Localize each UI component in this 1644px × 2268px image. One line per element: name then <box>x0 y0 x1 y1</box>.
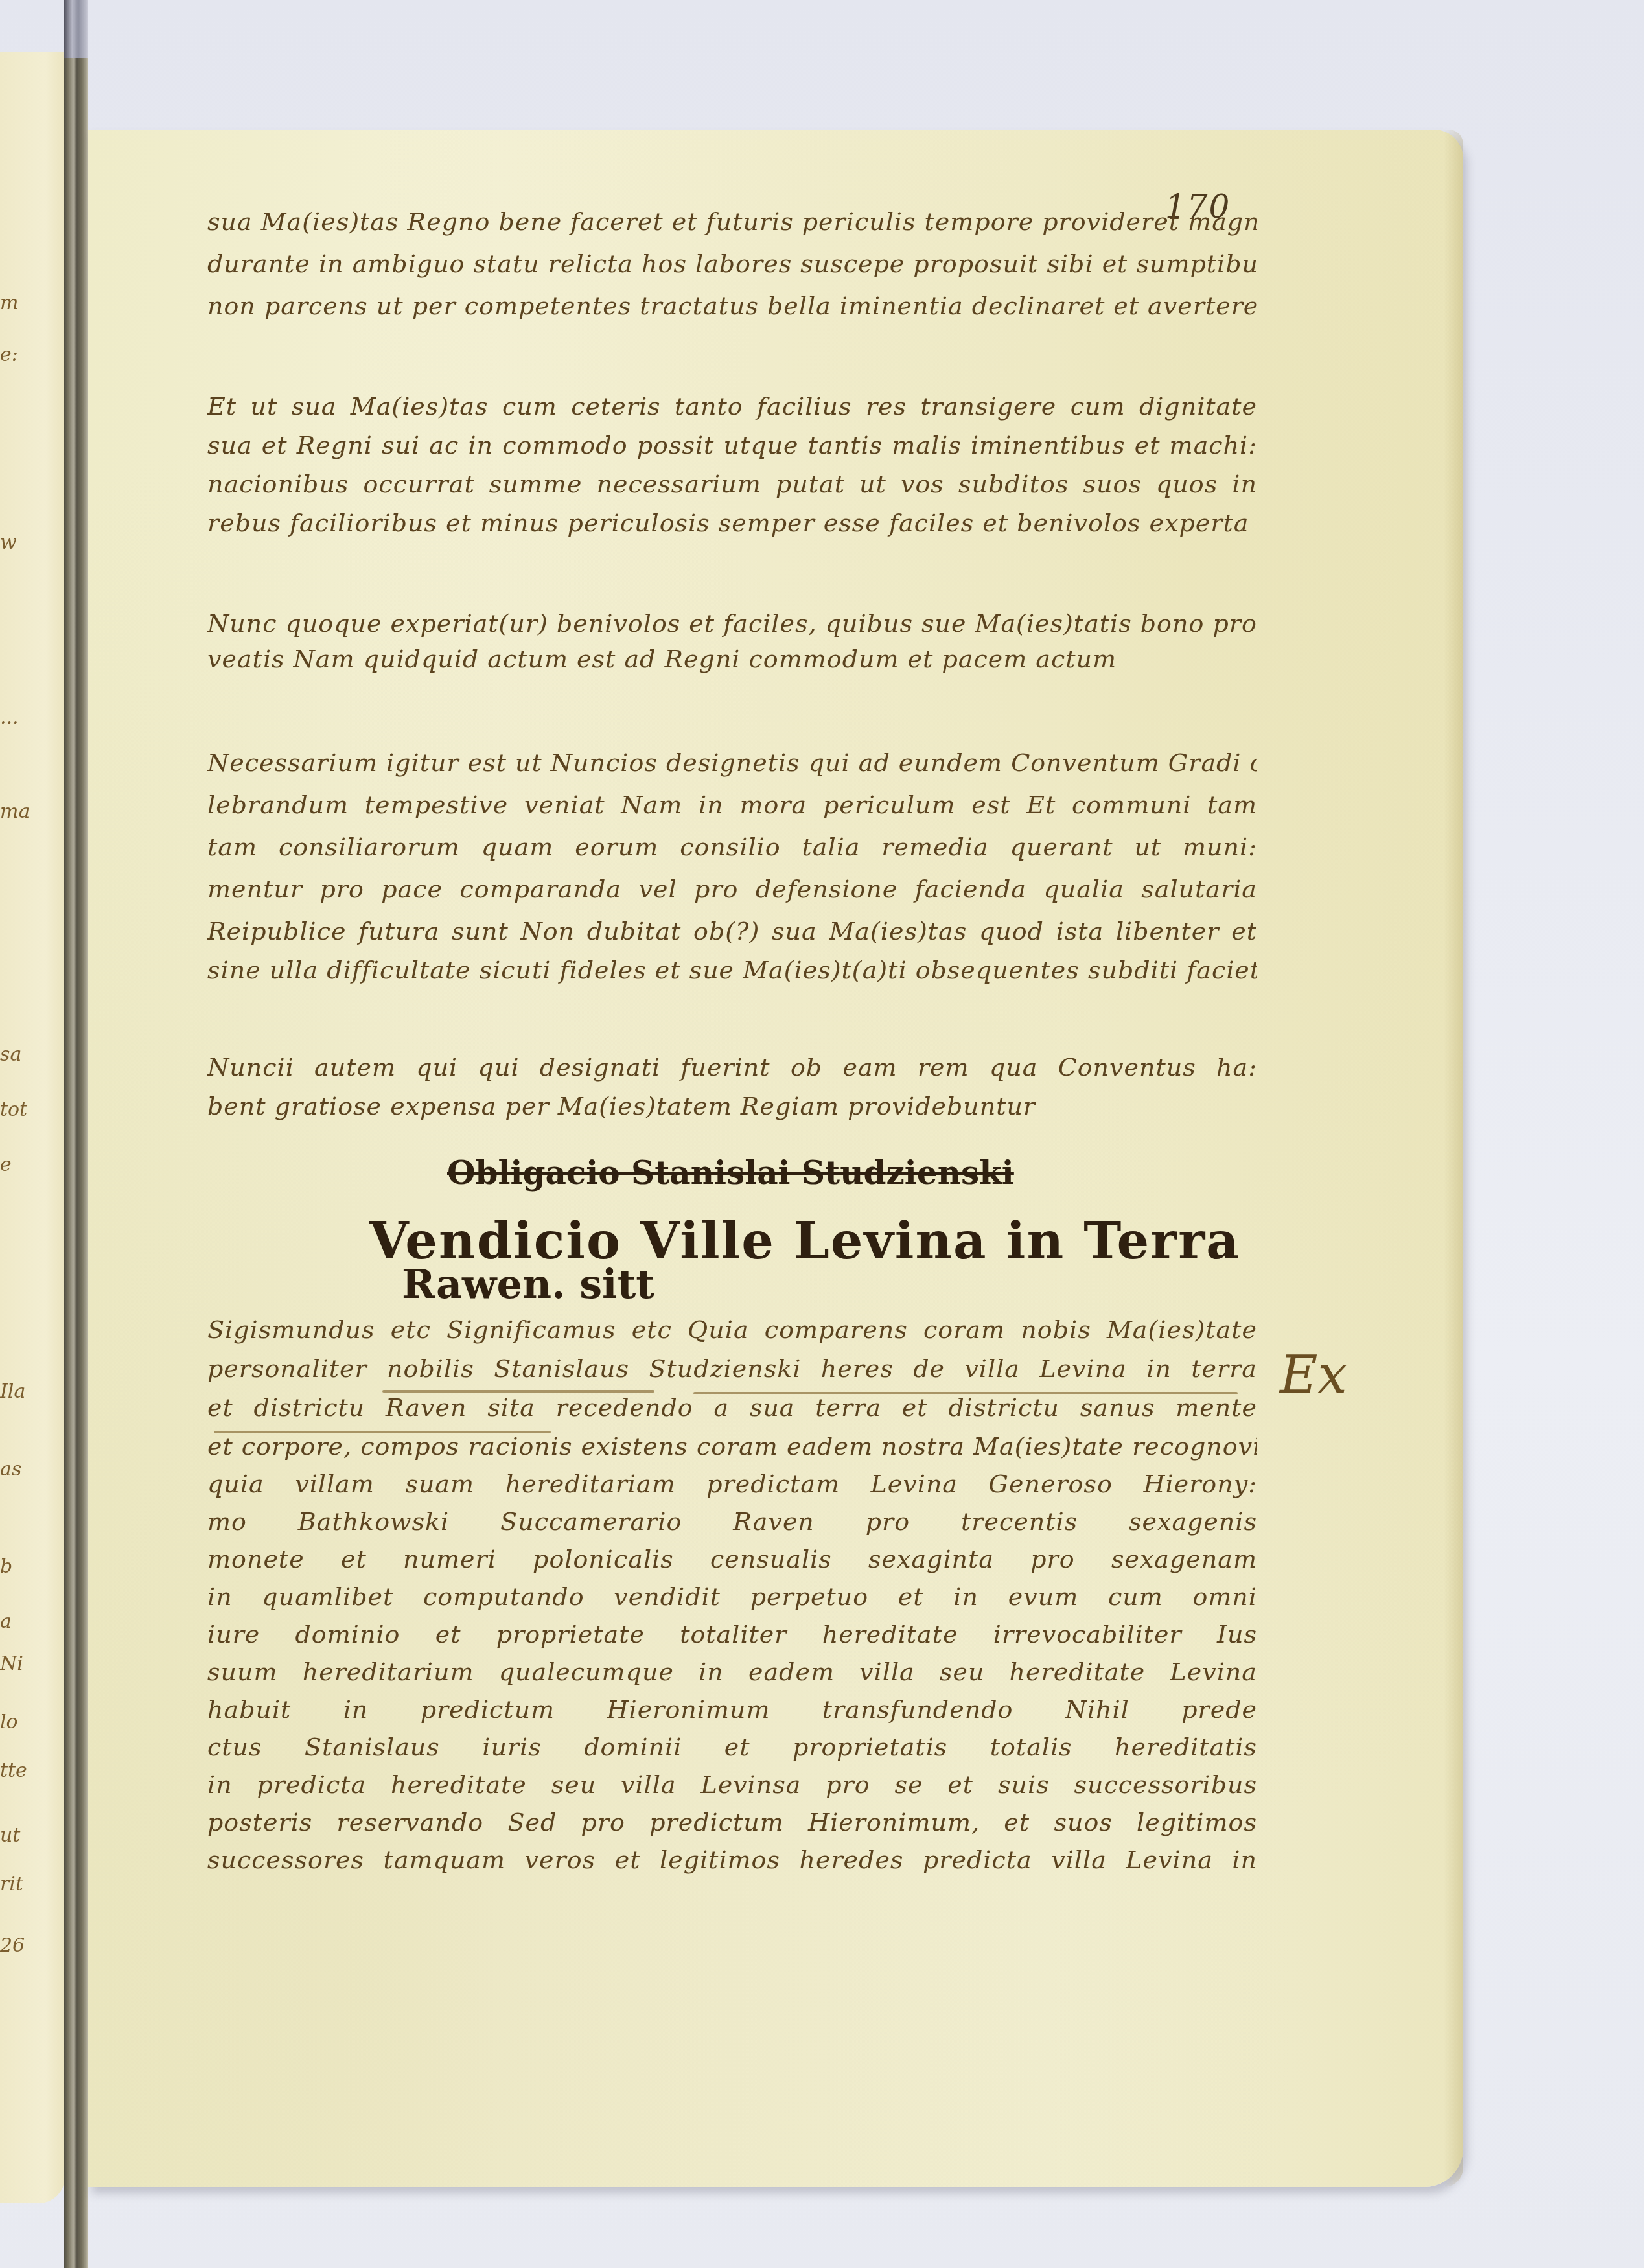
text-line: lebrandum tempestive veniat Nam in mora … <box>207 791 1257 819</box>
text-line: iure dominio et proprietate totaliter he… <box>207 1620 1257 1649</box>
previous-page-edge: m e: w ... ma sa tot e Ila as b a Ni lo … <box>0 52 65 2203</box>
margin-fragment: Ila <box>0 1380 25 1403</box>
margin-fragment: tte <box>0 1759 27 1782</box>
text-line: habuit in predictum Hieronimum transfund… <box>207 1695 1257 1724</box>
text-line: et corpore, compos racionis existens cor… <box>207 1432 1257 1461</box>
text-line: in quamlibet computando vendidit perpetu… <box>207 1582 1257 1611</box>
text-line: posteris reservando Sed pro predictum Hi… <box>207 1808 1257 1836</box>
text-line: successores tamquam veros et legitimos h… <box>207 1846 1257 1874</box>
text-line: tam consiliarorum quam eorum consilio ta… <box>207 833 1257 861</box>
margin-fragment: as <box>0 1458 21 1481</box>
text-line: Sigismundus etc Significamus etc Quia co… <box>207 1315 1257 1344</box>
margin-fragment: a <box>0 1610 12 1633</box>
entry-subheading: Rawen. sitt <box>402 1260 654 1308</box>
margin-fragment: rit <box>0 1873 23 1895</box>
margin-fragment: b <box>0 1555 12 1578</box>
text-line: non parcens ut per competentes tractatus… <box>207 292 1257 320</box>
text-line: bent gratiose expensa per Ma(ies)tatem R… <box>207 1092 1056 1120</box>
margin-fragment: sa <box>0 1043 21 1066</box>
struck-heading: Obligacio Stanislai Studzienski <box>447 1153 1014 1192</box>
margin-fragment: tot <box>0 1098 27 1121</box>
text-line: Et ut sua Ma(ies)tas cum ceteris tanto f… <box>207 392 1257 421</box>
text-line: nacionibus occurrat summe necessarium pu… <box>207 470 1257 498</box>
text-line: mo Bathkowski Succamerario Raven pro tre… <box>207 1507 1257 1536</box>
text-line: quia villam suam hereditariam predictam … <box>207 1470 1257 1498</box>
text-line: personaliter nobilis Stanislaus Studzien… <box>207 1354 1257 1383</box>
margin-fragment: Ni <box>0 1652 23 1675</box>
text-line: Reipublice futura sunt Non dubitat ob(?)… <box>207 917 1257 945</box>
text-line: sua et Regni sui ac in commodo possit ut… <box>207 431 1257 459</box>
text-line: in predicta hereditate seu villa Levinsa… <box>207 1770 1257 1799</box>
text-line: Nuncii autem qui qui designati fuerint o… <box>207 1053 1257 1082</box>
text-line: ctus Stanislaus iuris dominii et proprie… <box>207 1733 1257 1761</box>
margin-fragment: m <box>0 292 18 314</box>
text-line: rebus facilioribus et minus periculosis … <box>207 509 1257 537</box>
text-line: sua Ma(ies)tas Regno bene faceret et fut… <box>207 207 1257 236</box>
text-line: veatis Nam quidquid actum est ad Regni c… <box>207 645 1121 673</box>
margin-note: Ex <box>1280 1345 1347 1405</box>
text-line: mentur pro pace comparanda vel pro defen… <box>207 875 1257 903</box>
text-line: durante in ambiguo statu relicta hos lab… <box>207 249 1257 278</box>
margin-fragment: ... <box>0 706 19 729</box>
margin-fragment: e <box>0 1153 12 1176</box>
text-line: Necessarium igitur est ut Nuncios design… <box>207 748 1257 777</box>
gutter-top-shadow <box>64 0 88 58</box>
text-line: Nunc quoque experiat(ur) benivolos et fa… <box>207 609 1257 638</box>
text-line: et districtu Raven sita recedendo a sua … <box>207 1393 1257 1422</box>
text-line: monete et numeri polonicalis censualis s… <box>207 1545 1257 1573</box>
margin-fragment: ma <box>0 800 30 823</box>
underline-mark <box>382 1390 654 1393</box>
text-line: sine ulla difficultate sicuti fideles et… <box>207 956 1257 984</box>
text-line: suum hereditarium qualecumque in eadem v… <box>207 1658 1257 1686</box>
margin-fragment: ut <box>0 1824 20 1847</box>
margin-fragment: w <box>0 531 17 554</box>
margin-fragment: e: <box>0 343 18 366</box>
margin-fragment: lo <box>0 1711 18 1733</box>
book-gutter <box>64 0 88 2268</box>
margin-fragment: 26 <box>0 1934 25 1957</box>
